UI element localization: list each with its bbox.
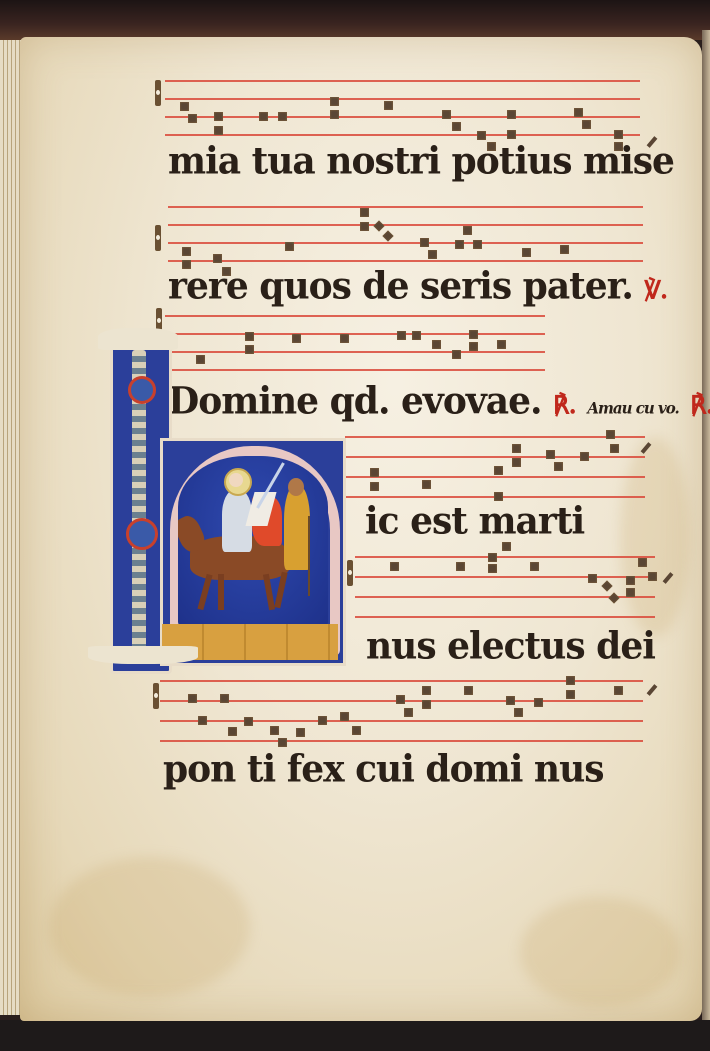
rosette-icon <box>128 376 156 404</box>
lyric-line-1: mia tua nostri potius mise <box>168 139 674 183</box>
page-edge-right <box>702 30 710 1020</box>
acanthus-bottom-icon <box>88 646 198 664</box>
lyric-line-4: ic est marti <box>365 499 584 543</box>
c-clef-icon <box>155 225 161 251</box>
stain <box>520 897 680 1007</box>
lyric-text: rere quos de seris pater. <box>168 264 633 308</box>
lyric-line-5: nus electus dei <box>366 624 655 668</box>
music-staff-1 <box>165 80 640 140</box>
rider-face <box>229 473 243 487</box>
response-rubric: ℟. <box>690 389 710 419</box>
stain <box>50 857 250 997</box>
c-clef-icon <box>155 80 161 106</box>
book-binding-bottom <box>0 1020 710 1051</box>
lyric-line-6: pon ti fex cui domi nus <box>163 747 604 791</box>
saint-martin-scene <box>178 456 328 626</box>
illuminated-initial-h <box>88 328 350 668</box>
music-staff-2 <box>168 206 643 262</box>
response-rubric: ℟. <box>553 389 576 419</box>
acanthus-top-icon <box>98 328 178 350</box>
beggar-head <box>288 478 304 496</box>
cue-text: Amau cu vo. <box>587 399 678 418</box>
book-binding-top <box>0 0 710 40</box>
c-clef-icon <box>153 683 159 709</box>
walking-stick-icon <box>308 516 310 596</box>
versicle-rubric: ℣. <box>644 274 667 304</box>
beggar-icon <box>284 486 310 570</box>
quatrefoil-icon <box>126 518 158 550</box>
lyric-line-2: rere quos de seris pater. ℣. <box>168 264 667 308</box>
